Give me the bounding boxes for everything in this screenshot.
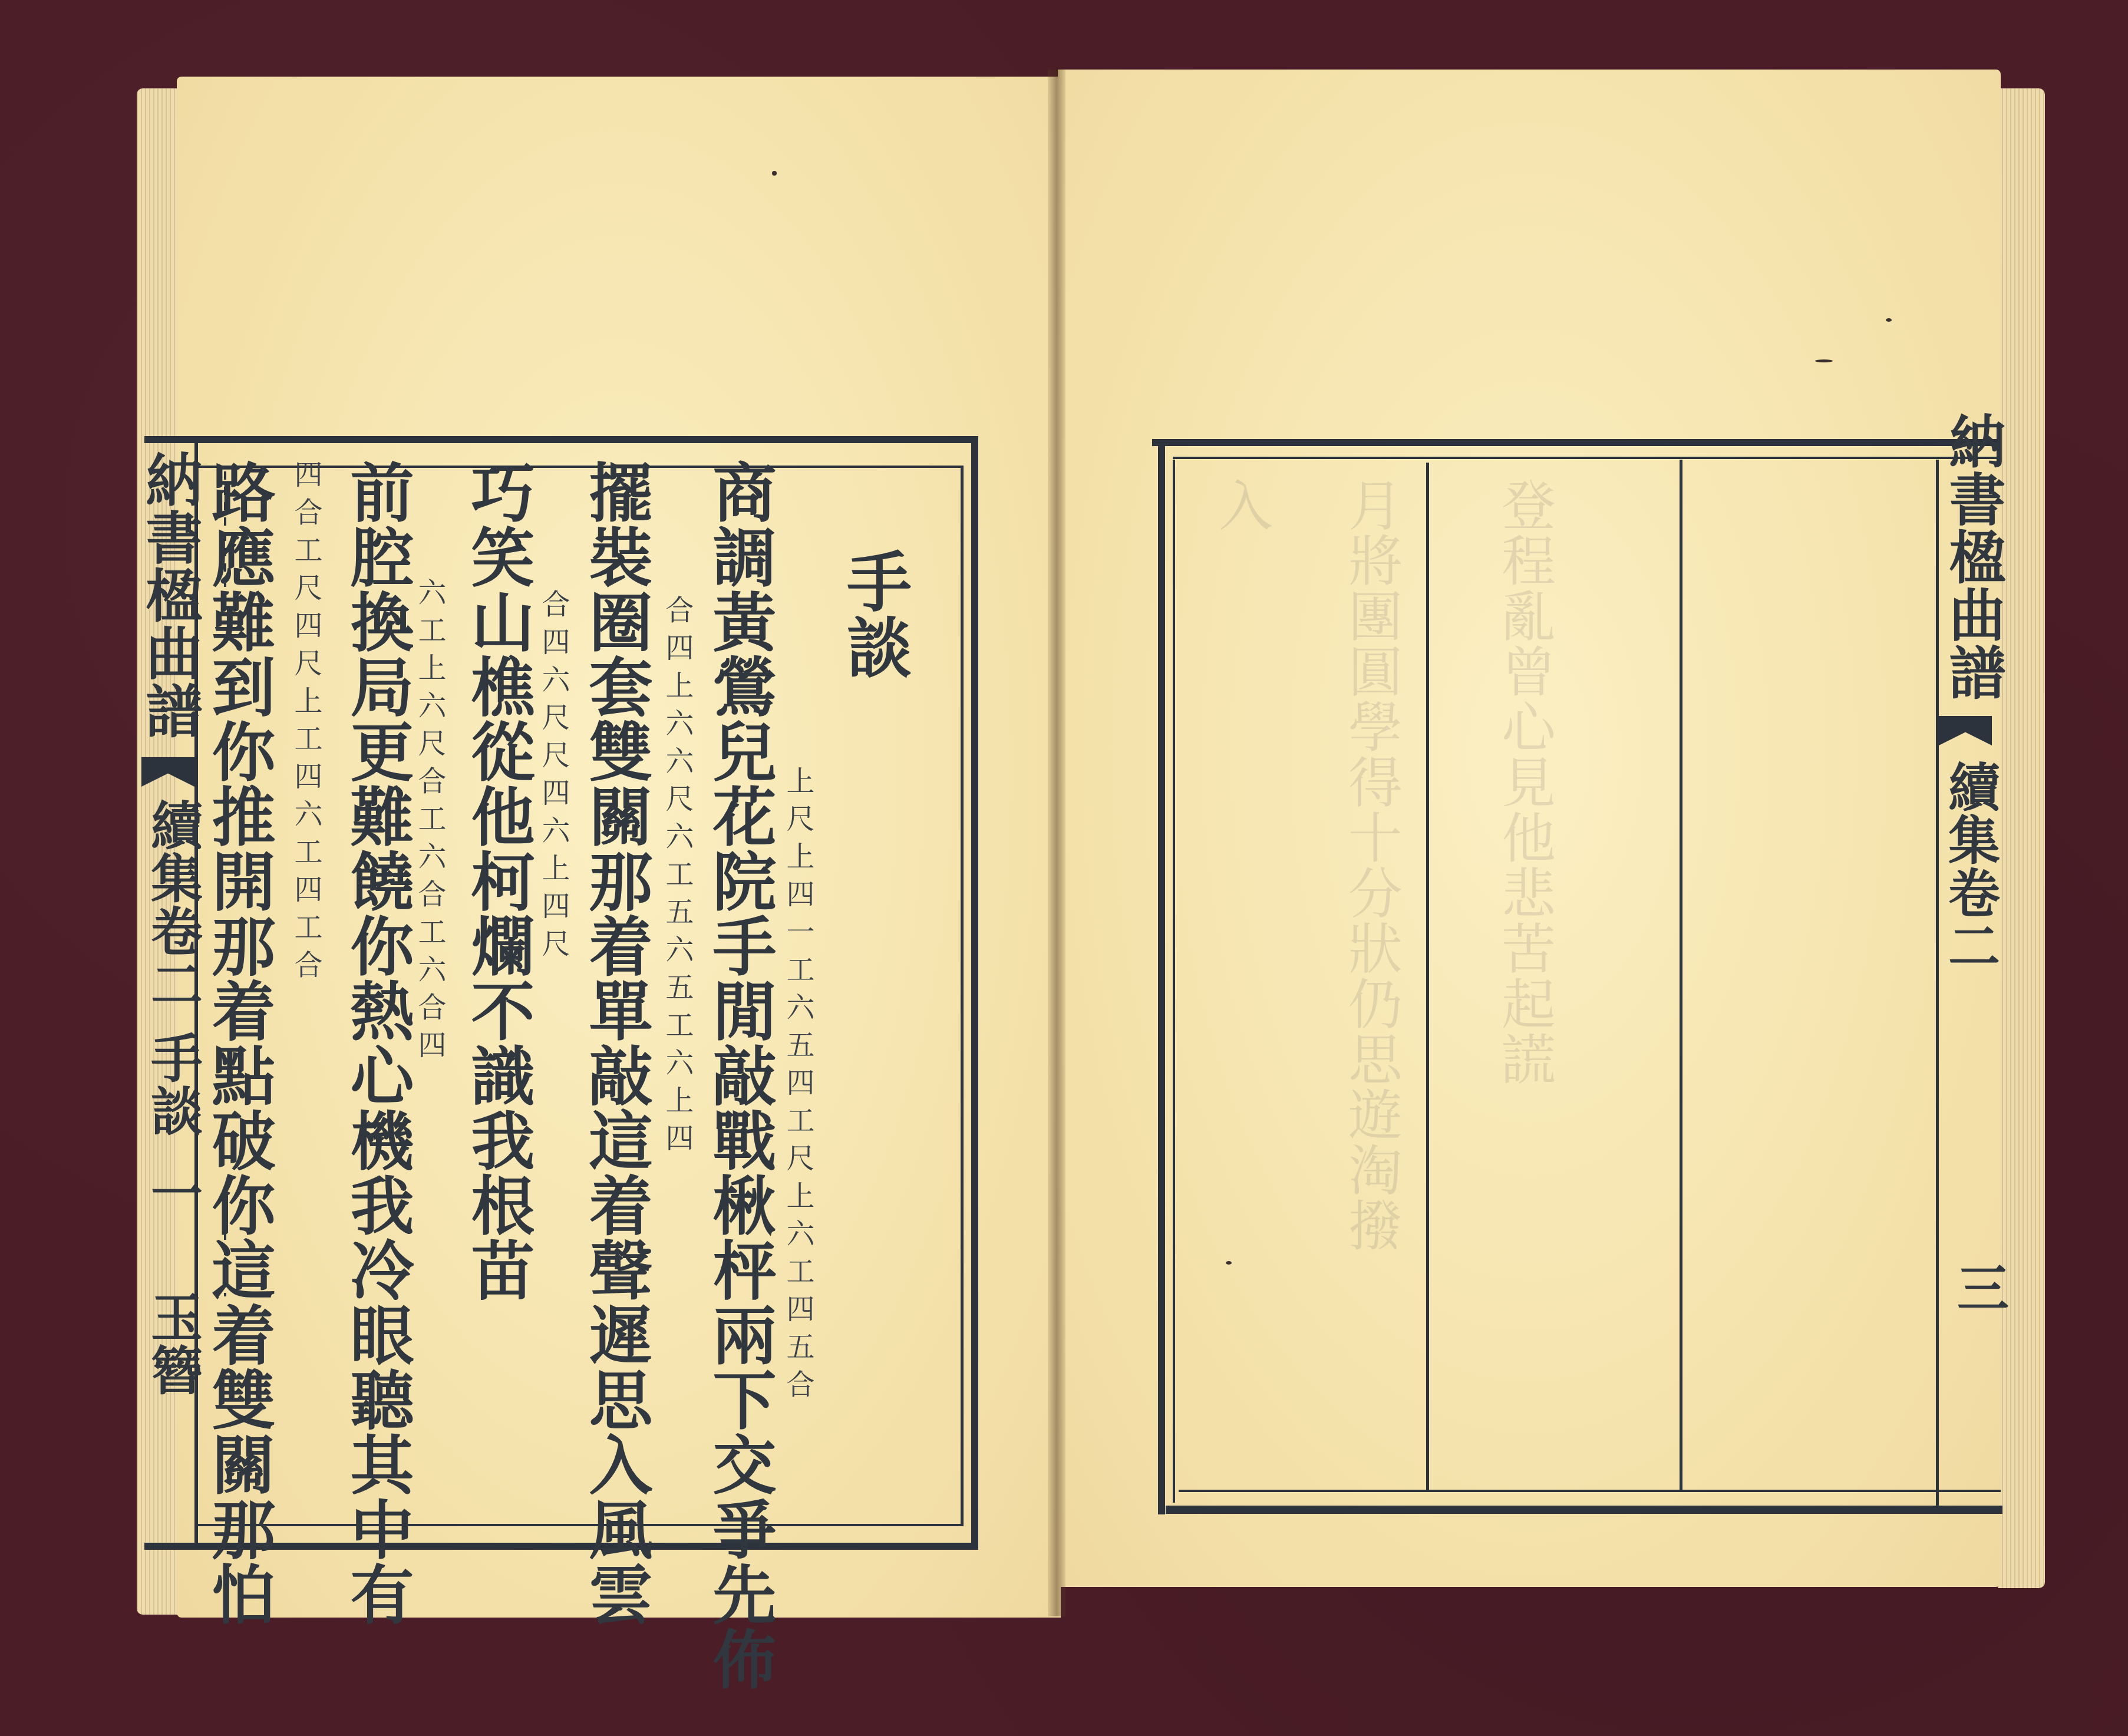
right-frame-top-rule — [1152, 439, 2001, 446]
text-column-3: 巧笑山樵從他柯爛不識我根苗 — [466, 460, 529, 1302]
book-spine-gutter — [1048, 70, 1065, 1616]
margin-book-title: 納書楹曲譜 — [141, 451, 198, 740]
right-column-divider — [1426, 463, 1429, 1491]
ink-speck — [772, 171, 777, 176]
notation-column: 合四六尺尺四六上四尺 — [539, 589, 568, 1237]
right-page-edge-stack — [1998, 88, 2045, 1588]
text-column-4: 前腔換局更難饒你熱心機我冷眼聽其中有 — [345, 460, 408, 1626]
right-frame-left-rule — [1158, 442, 1165, 1514]
right-margin-page-number: 三 — [1954, 1261, 2005, 1314]
margin-play-title: 玉簪 — [147, 1291, 199, 1397]
text-column-5: 路應難到你推開那着點破你這着雙關那怕 — [206, 460, 270, 1626]
left-frame-inner-right-rule — [961, 466, 964, 1526]
right-frame-inner-bottom-rule — [1179, 1490, 2001, 1492]
right-frame-inner-left-rule — [1173, 460, 1175, 1503]
notation-column: 四合工尺四尺上工四六工四工合 — [292, 460, 320, 1491]
notation-column: 合四上六六尺六工五六五工六上四 — [663, 595, 691, 1491]
right-margin-volume: 續集卷二 — [1945, 760, 1997, 972]
section-title: 手談 — [842, 548, 906, 680]
show-through-text: 月將團圓學得十分狀仍思遊淘撥 — [1344, 477, 1398, 1253]
text-column-1: 商調黃鶯兒花院手閒敲戰楸枰兩下交爭先佈 — [707, 460, 771, 1691]
notation-column: 上尺上四一工六五四工尺上六工四五合 — [784, 766, 812, 1503]
margin-section: 手談 — [147, 1031, 199, 1137]
right-banxin-rule — [1936, 460, 1939, 1509]
notation-column: 六工上六尺合工六合工六合四 — [415, 577, 444, 1461]
right-frame-inner-top-rule — [1173, 457, 2001, 459]
right-frame-bottom-rule — [1166, 1506, 2002, 1514]
show-through-text: 登程亂曾心見他悲苦起謊 — [1497, 477, 1551, 1087]
ink-speck — [1815, 359, 1833, 362]
show-through-text: 入 — [1214, 477, 1268, 533]
margin-page-number: 一 — [147, 1167, 199, 1220]
text-column-2: 擺裝圈套雙關那着單敲這着聲遲思入風雲 — [583, 460, 647, 1626]
ink-speck — [1886, 318, 1892, 322]
ink-speck — [1226, 1261, 1232, 1265]
right-margin-book-title: 納書楹曲譜 — [1945, 412, 2001, 701]
margin-volume: 續集卷二 — [147, 798, 199, 1011]
right-column-divider — [1680, 460, 1682, 1491]
